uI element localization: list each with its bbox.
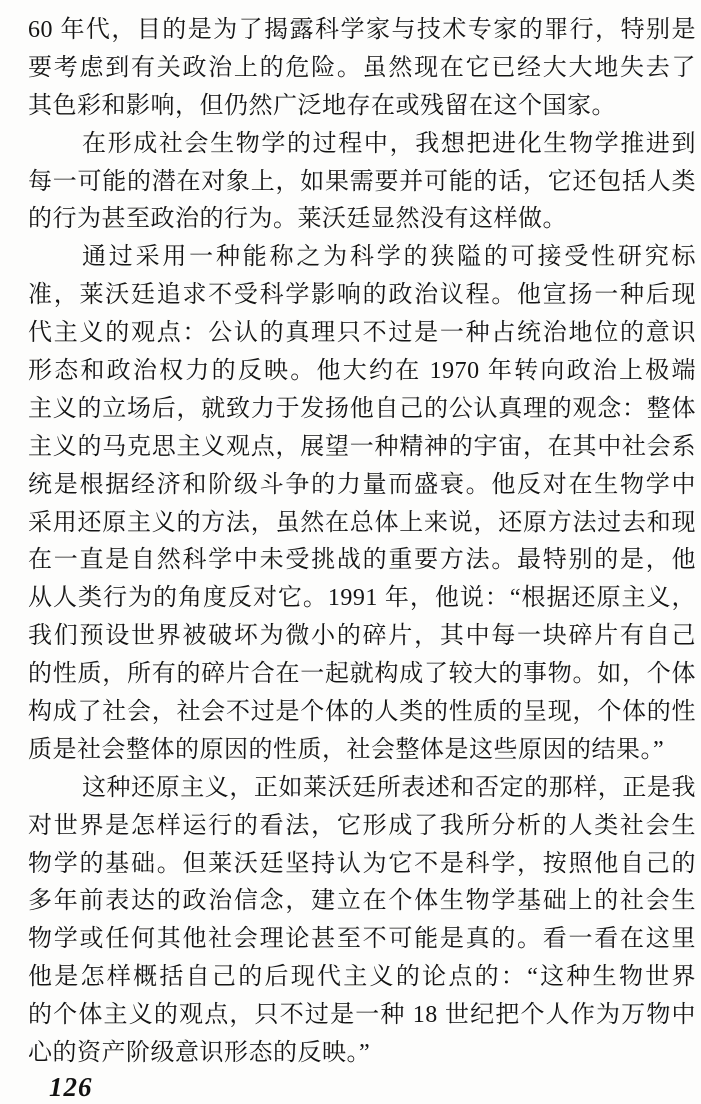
text-line: 每一可能的潜在对象上，如果需要并可能的话，它还包括人类	[28, 164, 696, 202]
text-line: 采用还原主义的方法，虽然在总体上来说，还原方法过去和现	[28, 505, 696, 543]
text-line: 这种还原主义，正如莱沃廷所表述和否定的那样，正是我	[28, 770, 696, 808]
text-line: 在一直是自然科学中未受挑战的重要方法。最特别的是，他	[28, 542, 696, 580]
text-line: 主义的马克思主义观点，展望一种精神的宇宙，在其中社会系	[28, 429, 696, 467]
page-number: 126	[49, 1072, 93, 1103]
text-line: 物学或任何其他社会理论甚至不可能是真的。看一看在这里	[28, 921, 696, 959]
text-line: 准，莱沃廷追求不受科学影响的政治议程。他宣扬一种后现	[28, 277, 696, 315]
text-line: 的个体主义的观点，只不过是一种 18 世纪把个人作为万物中	[28, 997, 696, 1035]
text-line: 通过采用一种能称之为科学的狭隘的可接受性研究标	[28, 239, 696, 277]
text-line: 其色彩和影响，但仍然广泛地存在或残留在这个国家。	[28, 88, 696, 126]
text-line: 统是根据经济和阶级斗争的力量而盛衰。他反对在生物学中	[28, 467, 696, 505]
text-line: 心的资产阶级意识形态的反映。”	[28, 1035, 696, 1073]
text-line: 主义的立场后，就致力于发扬他自己的公认真理的观念：整体	[28, 391, 696, 429]
text-line: 对世界是怎样运行的看法，它形成了我所分析的人类社会生	[28, 808, 696, 846]
text-line: 我们预设世界被破坏为微小的碎片，其中每一块碎片有自己	[28, 618, 696, 656]
text-line: 他是怎样概括自己的后现代主义的论点的：“这种生物世界	[28, 959, 696, 997]
paragraph-continued: 60 年代，目的是为了揭露科学家与技术专家的罪行，特别是 要考虑到有关政治上的危…	[28, 12, 696, 126]
text-line: 物学的基础。但莱沃廷坚持认为它不是科学，按照他自己的	[28, 846, 696, 884]
text-line: 质是社会整体的原因的性质，社会整体是这些原因的结果。”	[28, 732, 696, 770]
text-line: 60 年代，目的是为了揭露科学家与技术专家的罪行，特别是	[28, 12, 696, 50]
text-line: 形态和政治权力的反映。他大约在 1970 年转向政治上极端	[28, 353, 696, 391]
text-line: 的行为甚至政治的行为。莱沃廷显然没有这样做。	[28, 201, 696, 239]
paragraph: 在形成社会生物学的过程中，我想把进化生物学推进到 每一可能的潜在对象上，如果需要…	[28, 126, 696, 240]
text-line: 在形成社会生物学的过程中，我想把进化生物学推进到	[28, 126, 696, 164]
paragraph: 通过采用一种能称之为科学的狭隘的可接受性研究标 准，莱沃廷追求不受科学影响的政治…	[28, 239, 696, 769]
text-line: 要考虑到有关政治上的危险。虽然现在它已经大大地失去了	[28, 50, 696, 88]
text-line: 多年前表达的政治信念，建立在个体生物学基础上的社会生	[28, 883, 696, 921]
text-line: 从人类行为的角度反对它。1991 年，他说：“根据还原主义，	[28, 580, 696, 618]
paragraph: 这种还原主义，正如莱沃廷所表述和否定的那样，正是我 对世界是怎样运行的看法，它形…	[28, 770, 696, 1073]
text-line: 的性质，所有的碎片合在一起就构成了较大的事物。如，个体	[28, 656, 696, 694]
page-text: 60 年代，目的是为了揭露科学家与技术专家的罪行，特别是 要考虑到有关政治上的危…	[28, 12, 696, 1073]
text-line: 构成了社会，社会不过是个体的人类的性质的呈现，个体的性	[28, 694, 696, 732]
book-page: 60 年代，目的是为了揭露科学家与技术专家的罪行，特别是 要考虑到有关政治上的危…	[0, 0, 701, 1104]
text-line: 代主义的观点：公认的真理只不过是一种占统治地位的意识	[28, 315, 696, 353]
